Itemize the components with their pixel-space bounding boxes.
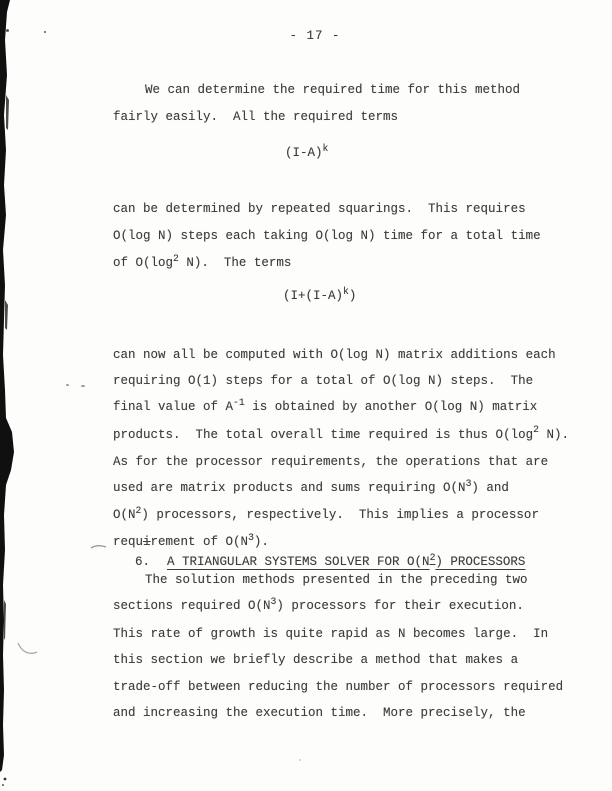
scan-speck	[81, 385, 85, 387]
text-line: can be determined by repeated squarings.…	[113, 196, 573, 223]
scan-speck	[299, 759, 301, 761]
text-line: The solution methods presented in the pr…	[113, 567, 573, 593]
text-line: O(N2) processors, respectively. This imp…	[113, 502, 573, 529]
text-line: this section we briefly describe a metho…	[113, 647, 573, 673]
text-line: requiring O(1) steps for a total of O(lo…	[113, 368, 573, 394]
paragraph-method-time: We can determine the required time for t…	[113, 77, 573, 131]
scan-edge-artifact	[0, 0, 18, 791]
paragraph-repeated-squarings: can be determined by repeated squarings.…	[113, 196, 573, 277]
formula-i-minus-a-power-k: (I-A)k	[285, 146, 328, 160]
text-line: This rate of growth is quite rapid as N …	[113, 621, 573, 647]
text-line: We can determine the required time for t…	[113, 77, 573, 104]
text-line: used are matrix products and sums requir…	[113, 475, 573, 502]
text-line: products. The total overall time require…	[113, 422, 573, 449]
scan-speck	[66, 384, 69, 386]
paragraph-triangular-solver-intro: The solution methods presented in the pr…	[113, 567, 573, 726]
text-line: sections required O(N3) processors for t…	[113, 593, 573, 620]
scanned-paper-page: - 17 - We can determine the required tim…	[0, 0, 612, 791]
page-number: - 17 -	[0, 29, 612, 43]
text-line: can now all be computed with O(log N) ma…	[113, 342, 573, 368]
text-line: As for the processor requirements, the o…	[113, 449, 573, 475]
pencil-swoosh-mark	[17, 641, 39, 657]
text-line: final value of A-1 is obtained by anothe…	[113, 394, 573, 421]
text-line: and increasing the execution time. More …	[113, 700, 573, 726]
formula-i-plus-i-minus-a-power-k: (I+(I-A)k)	[283, 289, 356, 303]
text-line: of O(log2 N). The terms	[113, 250, 573, 277]
text-line: fairly easily. All the required terms	[113, 104, 573, 131]
paragraph-processor-requirements: can now all be computed with O(log N) ma…	[113, 342, 573, 557]
text-line: O(log N) steps each taking O(log N) time…	[113, 223, 573, 250]
text-line: trade-off between reducing the number of…	[113, 674, 573, 700]
